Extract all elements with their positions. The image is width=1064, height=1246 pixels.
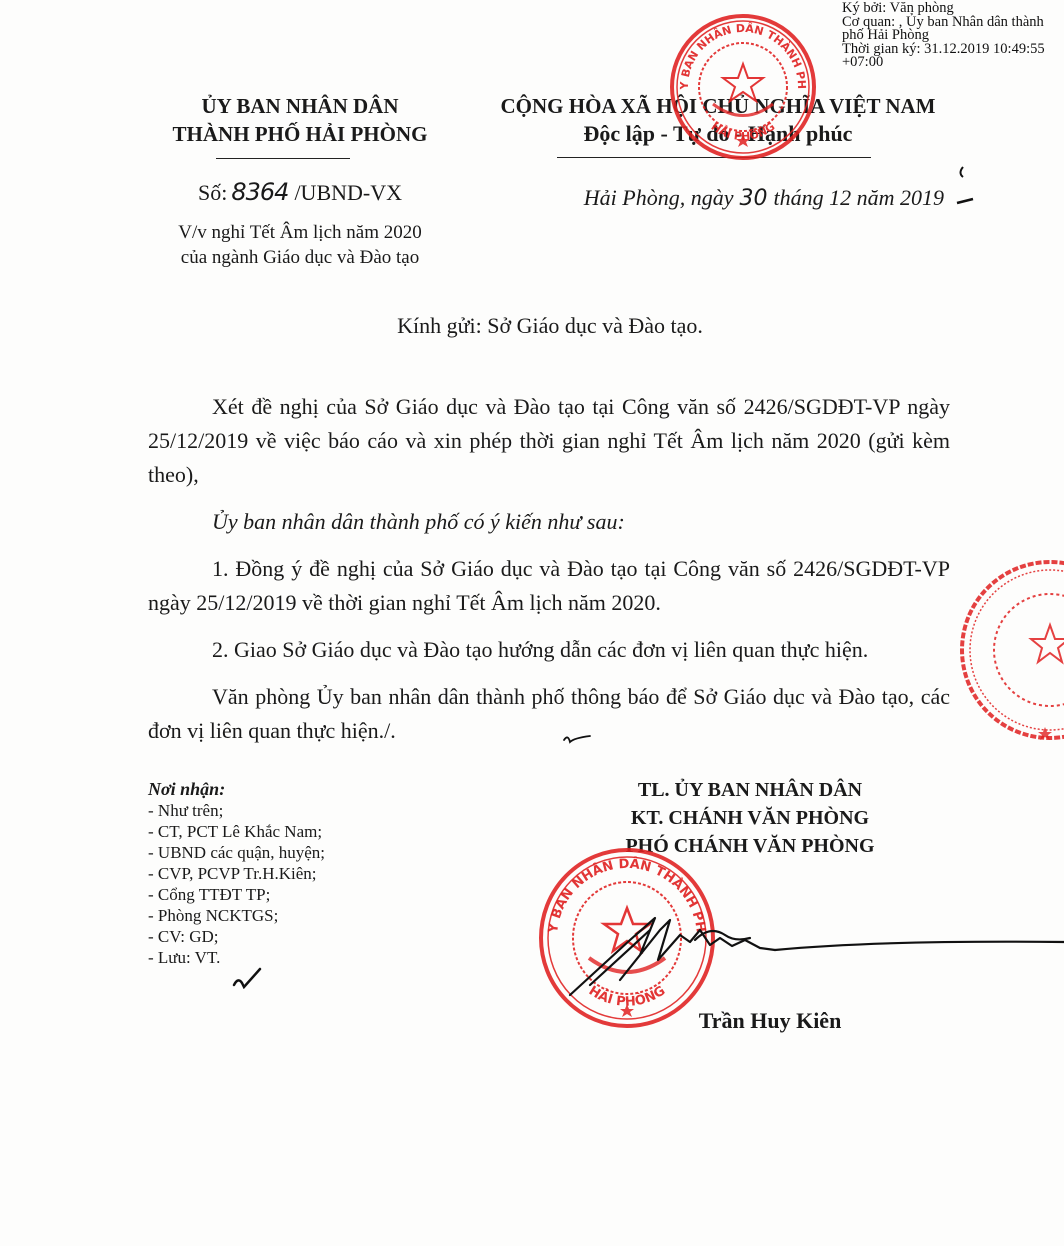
date-day-handwritten: 30 (740, 186, 768, 211)
page-seam-stamp (955, 555, 1064, 745)
document-number: Số:8364/UBND-VX (130, 178, 470, 206)
recipient-item: - Như trên; (148, 800, 325, 821)
body-paragraph-3: 1. Đồng ý đề nghị của Sở Giáo dục và Đào… (148, 552, 950, 620)
signer-name: Trần Huy Kiên (560, 1008, 940, 1034)
document-subject: V/v nghỉ Tết Âm lịch năm 2020 của ngành … (130, 220, 470, 270)
number-handwritten: 8364 (231, 178, 288, 206)
official-stamp-top: ỦY BAN NHÂN DÂN THÀNH PHỐ HẢI PHÒNG (668, 12, 818, 162)
signature-line-1: TL. ỦY BAN NHÂN DÂN (560, 776, 940, 804)
body-paragraph-1: Xét đề nghị của Sở Giáo dục và Đào tạo t… (148, 390, 950, 492)
signature-line-2: KT. CHÁNH VĂN PHÒNG (560, 804, 940, 832)
authority-underline (216, 158, 350, 159)
end-mark (560, 730, 594, 746)
margin-mark (955, 165, 975, 215)
signature-timezone: +07:00 (842, 56, 1045, 70)
addressee: Kính gửi: Sở Giáo dục và Đào tạo. (140, 313, 960, 339)
recipient-item: - CT, PCT Lê Khắc Nam; (148, 821, 325, 842)
authority-line-1: ỦY BAN NHÂN DÂN (130, 92, 470, 120)
recipient-item: - UBND các quận, huyện; (148, 842, 325, 863)
initials-mark (230, 967, 264, 989)
recipients-list: Nơi nhận: - Như trên; - CT, PCT Lê Khắc … (148, 778, 325, 968)
body-paragraph-5: Văn phòng Ủy ban nhân dân thành phố thôn… (148, 680, 950, 748)
recipients-title: Nơi nhận: (148, 778, 325, 800)
handwritten-signature (560, 900, 1064, 1000)
recipient-item: - Lưu: VT. (148, 947, 325, 968)
recipient-item: - CV: GD; (148, 926, 325, 947)
body-paragraph-4: 2. Giao Sở Giáo dục và Đào tạo hướng dẫn… (148, 633, 950, 667)
date-prefix: Hải Phòng, ngày (584, 185, 734, 210)
number-suffix: /UBND-VX (294, 180, 402, 205)
place-date: Hải Phòng, ngày30tháng 12 năm 2019 (470, 185, 966, 211)
number-prefix: Số: (198, 180, 227, 205)
body-paragraph-2: Ủy ban nhân dân thành phố có ý kiến như … (148, 505, 950, 539)
subject-line-1: V/v nghỉ Tết Âm lịch năm 2020 (130, 220, 470, 245)
digital-signature-info: Ký bởi: Văn phòng Cơ quan: , Ủy ban Nhân… (842, 2, 1045, 70)
recipient-item: - Cổng TTĐT TP; (148, 884, 325, 905)
authority-line-2: THÀNH PHỐ HẢI PHÒNG (130, 120, 470, 148)
date-suffix: tháng 12 năm 2019 (774, 185, 945, 210)
issuing-authority: ỦY BAN NHÂN DÂN THÀNH PHỐ HẢI PHÒNG (130, 92, 470, 148)
document-body: Xét đề nghị của Sở Giáo dục và Đào tạo t… (148, 390, 950, 761)
recipient-item: - CVP, PCVP Tr.H.Kiên; (148, 863, 325, 884)
recipient-item: - Phòng NCKTGS; (148, 905, 325, 926)
subject-line-2: của ngành Giáo dục và Đào tạo (130, 245, 470, 270)
